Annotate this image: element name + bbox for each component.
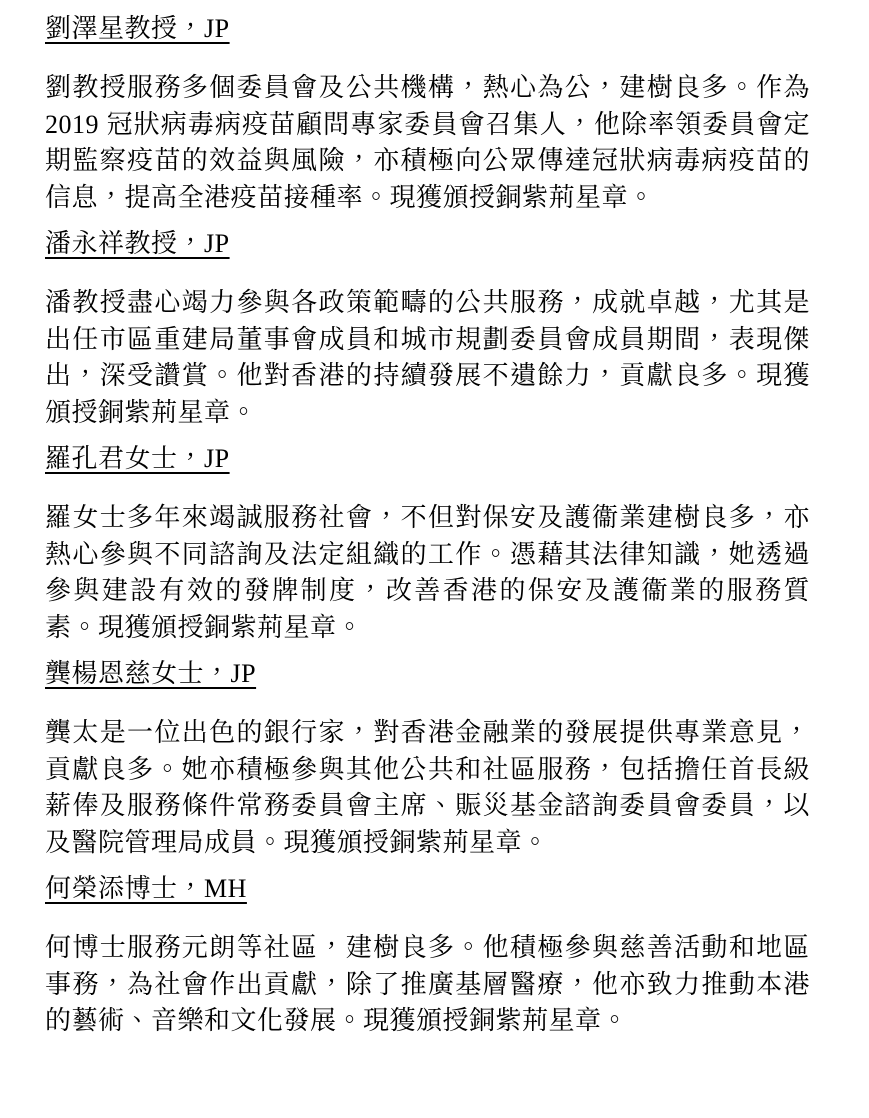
entry-citation: 劉教授服務多個委員會及公共機構，熱心為公，建樹良多。作為 2019 冠狀病毒病疫… — [45, 70, 810, 216]
honour-entry: 何榮添博士，MH 何博士服務元朗等社區，建樹良多。他積極參與慈善活動和地區事務，… — [45, 870, 810, 1040]
entry-citation: 何博士服務元朗等社區，建樹良多。他積極參與慈善活動和地區事務，為社會作出貢獻，除… — [45, 930, 810, 1040]
entry-name-heading: 羅孔君女士，JP — [45, 440, 810, 477]
entry-name-heading: 龔楊恩慈女士，JP — [45, 655, 810, 692]
honour-entry: 潘永祥教授，JP 潘教授盡心竭力參與各政策範疇的公共服務，成就卓越，尤其是出任市… — [45, 225, 810, 431]
honour-entry: 劉澤星教授，JP 劉教授服務多個委員會及公共機構，熱心為公，建樹良多。作為 20… — [45, 10, 810, 216]
entry-citation: 龔太是一位出色的銀行家，對香港金融業的發展提供專業意見，貢獻良多。她亦積極參與其… — [45, 715, 810, 861]
honour-entry: 羅孔君女士，JP 羅女士多年來竭誠服務社會，不但對保安及護衞業建樹良多，亦熱心參… — [45, 440, 810, 646]
entry-citation: 羅女士多年來竭誠服務社會，不但對保安及護衞業建樹良多，亦熱心參與不同諮詢及法定組… — [45, 500, 810, 646]
entry-name-heading: 劉澤星教授，JP — [45, 10, 810, 47]
entry-name-heading: 潘永祥教授，JP — [45, 225, 810, 262]
document-page: 劉澤星教授，JP 劉教授服務多個委員會及公共機構，熱心為公，建樹良多。作為 20… — [0, 0, 869, 1118]
entry-name-heading: 何榮添博士，MH — [45, 870, 810, 907]
entry-citation: 潘教授盡心竭力參與各政策範疇的公共服務，成就卓越，尤其是出任市區重建局董事會成員… — [45, 285, 810, 431]
honour-entry: 龔楊恩慈女士，JP 龔太是一位出色的銀行家，對香港金融業的發展提供專業意見，貢獻… — [45, 655, 810, 861]
